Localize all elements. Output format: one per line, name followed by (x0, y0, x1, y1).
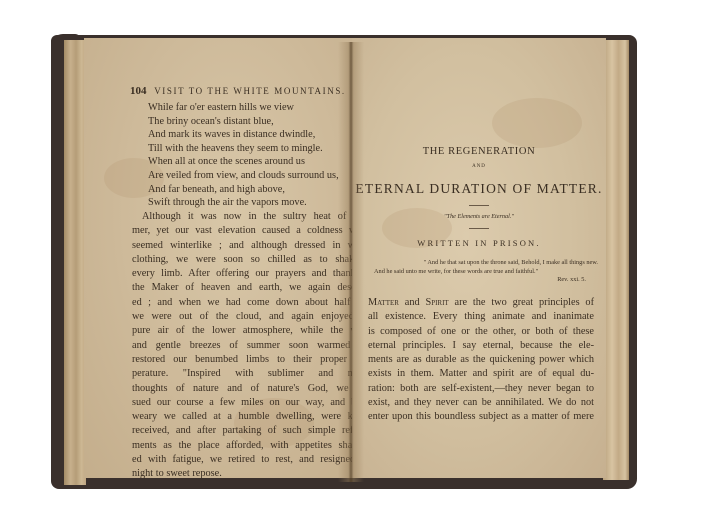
divider (469, 228, 489, 229)
poem-line: When all at once the scenes around us (148, 155, 339, 169)
paper-stain (492, 98, 582, 148)
chapter-title-line2: ETERNAL DURATION OF MATTER. (352, 181, 606, 197)
prose-line: ed ; and when we had come down about hal… (132, 296, 352, 310)
book-gutter (338, 42, 364, 482)
prose-line: and gentle breezes of summer soon warmed… (132, 339, 352, 353)
scripture-quote: " And he that sat upon the throne said, … (374, 259, 598, 285)
poem-line: Swift through the air the vapors move. (148, 196, 339, 210)
prose-text: are the two great principles of (455, 297, 594, 308)
prose-line: perature. "Inspired with sublimer and no… (132, 367, 352, 381)
left-page: 104 VISIT TO THE WHITE MOUNTAINS. While … (84, 38, 352, 478)
chapter-title-and: AND (352, 164, 606, 169)
epigraph: "The Elements are Eternal." (352, 213, 606, 220)
prose-line: received, and after partaking of such si… (132, 424, 352, 438)
prose-line: pure air of the lower atmosphere, while … (132, 324, 352, 338)
prose-line: Matter and Spirit are the two great prin… (368, 296, 594, 310)
left-prose: Although it was now in the sultry heat o… (132, 210, 352, 478)
running-head-title: VISIT TO THE WHITE MOUNTAINS. (154, 86, 346, 96)
prose-line: weary we called at a humble dwelling, we… (132, 410, 352, 424)
prose-word: and (405, 297, 420, 308)
right-page-edges (603, 40, 629, 480)
poem-line: Are veiled from view, and clouds surroun… (148, 169, 339, 183)
divider (469, 205, 489, 206)
prose-line: Although it was now in the sultry heat o… (132, 210, 352, 224)
prose-line: mer, yet our vast elevation caused a col… (132, 224, 352, 238)
prose-line: the Maker of heaven and earth, we again … (132, 281, 352, 295)
prose-line: ed with fatigue, we retired to rest, and… (132, 453, 352, 467)
prose-line: ments as the place afforded, with appeti… (132, 439, 352, 453)
quote-line: " And he that sat upon the throne said, … (374, 259, 598, 268)
quote-line: And he said unto me write, for these wor… (374, 268, 598, 277)
quote-citation: Rev. xxi. 5. (374, 276, 598, 285)
poem: While far o'er eastern hills we view The… (148, 101, 339, 210)
subtitle: WRITTEN IN PRISON. (352, 238, 606, 248)
prose-line: all existence. Every thing animate and i… (368, 310, 594, 324)
prose-second-word: Spirit (425, 297, 448, 308)
prose-line: we were out of the cloud, and again enjo… (132, 310, 352, 324)
running-head: 104 VISIT TO THE WHITE MOUNTAINS. (130, 85, 346, 97)
right-page: THE REGENERATION AND ETERNAL DURATION OF… (352, 38, 606, 478)
prose-line: seemed winterlike ; and although dressed… (132, 239, 352, 253)
page-number: 104 (130, 85, 147, 97)
prose-line: exist, and they never can be annihilated… (368, 396, 594, 410)
prose-line: night to sweet repose. (132, 467, 352, 478)
prose-line: every limb. After offering our prayers a… (132, 267, 352, 281)
prose-line: ments are as durable as the quickening p… (368, 353, 594, 367)
poem-line: The briny ocean's distant blue, (148, 115, 339, 129)
prose-first-word: Matter (368, 297, 399, 308)
prose-line: clothing, we were soon so chilled as to … (132, 253, 352, 267)
right-prose: Matter and Spirit are the two great prin… (368, 296, 594, 425)
left-page-edges (64, 40, 86, 485)
prose-line: restored our benumbed limbs to their pro… (132, 353, 352, 367)
poem-line: And far beneath, and high above, (148, 183, 339, 197)
prose-line: thoughts of nature and of nature's God, … (132, 382, 352, 396)
prose-line: eternal principles. I say eternal, becau… (368, 339, 594, 353)
chapter-title-line1: THE REGENERATION (352, 146, 606, 157)
prose-line: sued our course a few miles on our way, … (132, 396, 352, 410)
poem-line: Till with the heavens they seem to mingl… (148, 142, 339, 156)
poem-line: And mark its waves in distance dwindle, (148, 128, 339, 142)
poem-line: While far o'er eastern hills we view (148, 101, 339, 115)
prose-line: exists in them. Matter and spirit are of… (368, 367, 594, 381)
prose-line: enter upon this boundless subject as a m… (368, 410, 594, 424)
prose-line: ration: both are self-existent,—they nev… (368, 382, 594, 396)
prose-line: is composed of one or the other, or both… (368, 325, 594, 339)
